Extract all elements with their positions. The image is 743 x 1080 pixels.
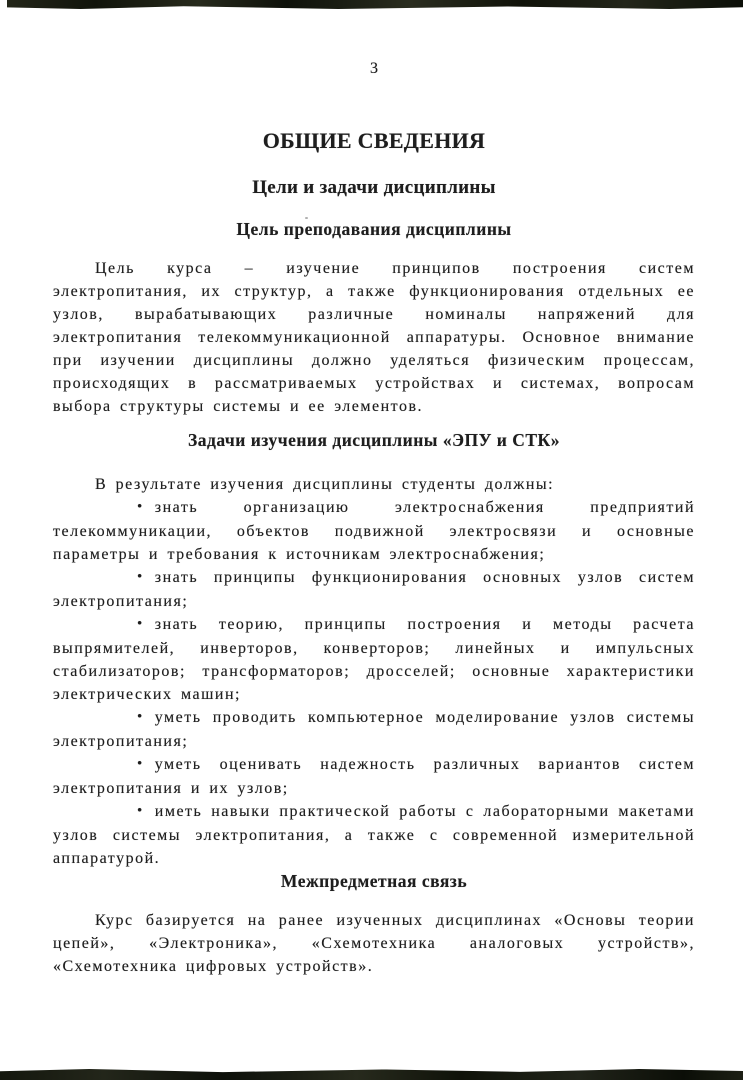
list-item-text: знать теорию, принципы построения и мето… <box>53 616 695 703</box>
list-item: •уметь оценивать надежность различных ва… <box>53 753 695 800</box>
list-item: •знать теорию, принципы построения и мет… <box>53 613 695 706</box>
scan-speck <box>305 217 308 219</box>
bullet-marker: • <box>95 496 144 519</box>
list-item: •знать организацию электроснабжения пред… <box>53 496 695 566</box>
heading-teaching-goal: Цель преподавания дисциплины <box>53 218 695 241</box>
bullet-marker: • <box>95 800 144 823</box>
list-item-text: уметь проводить компьютерное моделирован… <box>53 709 695 750</box>
bullet-marker: • <box>95 613 144 636</box>
heading-interdisciplinary: Межпредметная связь <box>53 870 695 893</box>
section-title: Цели и задачи дисциплины <box>53 176 695 200</box>
bullet-marker: • <box>95 753 144 776</box>
paragraph-tasks-intro: В результате изучения дисциплины студент… <box>53 473 695 496</box>
list-item: •знать принципы функционирования основны… <box>53 566 695 613</box>
scan-edge-bottom <box>0 1069 743 1080</box>
bullet-marker: • <box>95 566 144 589</box>
list-item-text: знать организацию электроснабжения предп… <box>53 499 695 563</box>
main-title: ОБЩИЕ СВЕДЕНИЯ <box>53 128 695 154</box>
paragraph-interdisciplinary: Курс базируется на ранее изученных дисци… <box>53 909 695 978</box>
bullet-list: •знать организацию электроснабжения пред… <box>53 496 695 870</box>
paragraph-course-goal: Цель курса – изучение принципов построен… <box>53 257 695 418</box>
heading-tasks: Задачи изучения дисциплины «ЭПУ и СТК» <box>53 429 695 452</box>
list-item-text: знать принципы функционирования основных… <box>53 569 695 610</box>
bullet-marker: • <box>95 706 144 729</box>
list-item: •иметь навыки практической работы с лабо… <box>53 800 695 870</box>
page-number: 3 <box>53 0 695 78</box>
document-page: 3 ОБЩИЕ СВЕДЕНИЯ Цели и задачи дисциплин… <box>53 0 695 978</box>
list-item-text: уметь оценивать надежность различных вар… <box>53 756 695 797</box>
list-item: •уметь проводить компьютерное моделирова… <box>53 706 695 753</box>
list-item-text: иметь навыки практической работы с лабор… <box>53 803 695 867</box>
